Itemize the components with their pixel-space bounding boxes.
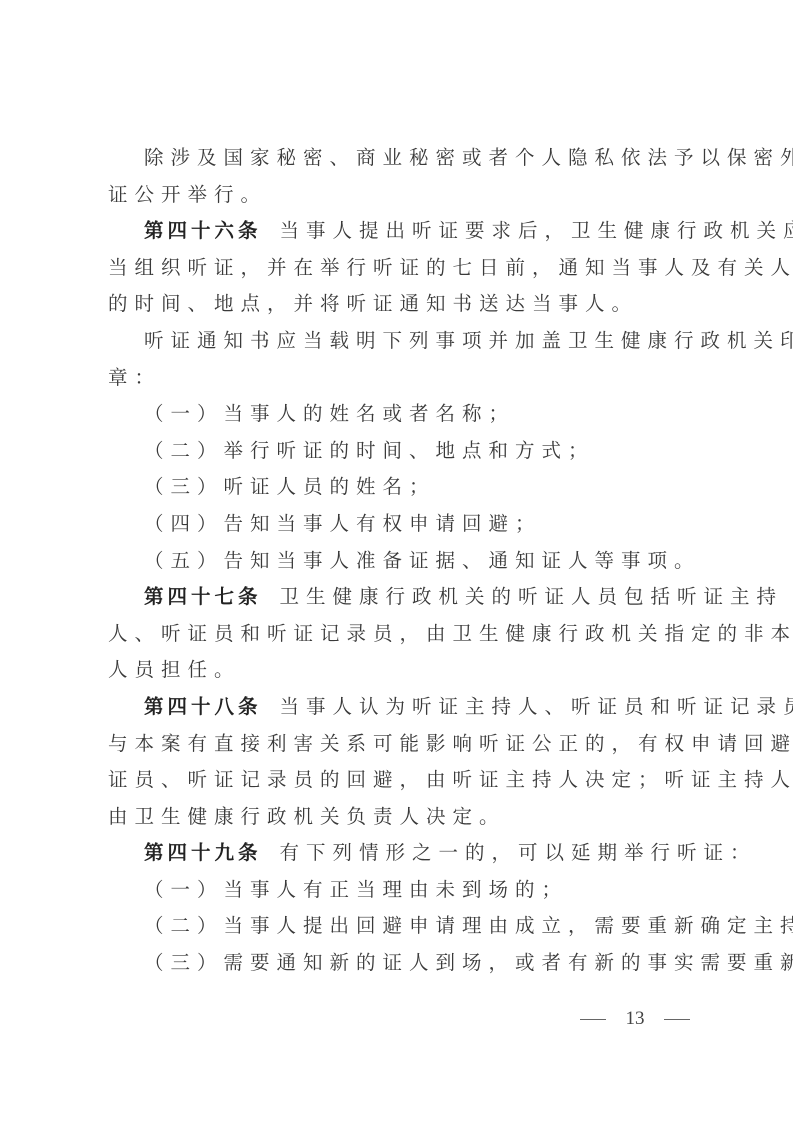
line-text: 与本案有直接利害关系可能影响听证公正的，有权申请回避。听 [108,732,793,755]
line-text: （二）当事人提出回避申请理由成立，需要重新确定主持人的； [144,914,793,937]
document-body: 除涉及国家秘密、商业秘密或者个人隐私依法予以保密外，听 证公开举行。 第四十六条… [108,140,698,982]
dash-left [580,1019,606,1020]
line-text: 证员、听证记录员的回避，由听证主持人决定；听证主持人的回避 [108,768,793,791]
list-item: （三）听证人员的姓名； [108,469,698,506]
line-text: （四）告知当事人有权申请回避； [144,512,542,535]
line-text: （一）当事人的姓名或者名称； [144,402,515,425]
line-text: （三）听证人员的姓名； [144,475,436,498]
article-47-line: 第四十七条卫生健康行政机关的听证人员包括听证主持 [108,579,698,616]
article-number: 第四十七条 [144,585,262,608]
article-number: 第四十八条 [144,695,262,718]
article-number: 第四十六条 [144,219,262,242]
paragraph-line: 与本案有直接利害关系可能影响听证公正的，有权申请回避。听 [108,726,698,763]
article-number: 第四十九条 [144,841,262,864]
line-text: （二）举行听证的时间、地点和方式； [144,439,595,462]
page-number: 13 [580,1008,690,1030]
list-item: （一）当事人的姓名或者名称； [108,396,698,433]
line-text: 当事人提出听证要求后，卫生健康行政机关应 [280,219,793,242]
line-text: 人员担任。 [108,658,241,681]
paragraph-line: 除涉及国家秘密、商业秘密或者个人隐私依法予以保密外，听 [108,140,698,177]
line-text: （三）需要通知新的证人到场，或者有新的事实需要重新调查 [144,951,793,974]
line-text: 章： [108,366,161,389]
line-text: （五）告知当事人准备证据、通知证人等事项。 [144,549,701,572]
list-item: （一）当事人有正当理由未到场的； [108,872,698,909]
list-item: （二）当事人提出回避申请理由成立，需要重新确定主持人的； [108,908,698,945]
paragraph-line: 由卫生健康行政机关负责人决定。 [108,799,698,836]
page-number-text: 13 [626,1008,645,1030]
list-item: （五）告知当事人准备证据、通知证人等事项。 [108,543,698,580]
line-text: 卫生健康行政机关的听证人员包括听证主持 [280,585,784,608]
dash-right [664,1019,690,1020]
paragraph-line: 章： [108,360,698,397]
paragraph-line: 听证通知书应当载明下列事项并加盖卫生健康行政机关印 [108,323,698,360]
paragraph-line: 当组织听证，并在举行听证的七日前，通知当事人及有关人员听证 [108,250,698,287]
paragraph-line: 人员担任。 [108,652,698,689]
paragraph-line: 的时间、地点，并将听证通知书送达当事人。 [108,286,698,323]
list-item: （四）告知当事人有权申请回避； [108,506,698,543]
line-text: 的时间、地点，并将听证通知书送达当事人。 [108,292,638,315]
list-item: （二）举行听证的时间、地点和方式； [108,433,698,470]
line-text: 由卫生健康行政机关负责人决定。 [108,805,506,828]
article-48-line: 第四十八条当事人认为听证主持人、听证员和听证记录员 [108,689,698,726]
paragraph-line: 证公开举行。 [108,177,698,214]
article-46-line: 第四十六条当事人提出听证要求后，卫生健康行政机关应 [108,213,698,250]
line-text: 听证通知书应当载明下列事项并加盖卫生健康行政机关印 [144,329,793,352]
line-text: （一）当事人有正当理由未到场的； [144,878,568,901]
document-page: 除涉及国家秘密、商业秘密或者个人隐私依法予以保密外，听 证公开举行。 第四十六条… [0,0,793,1121]
line-text: 有下列情形之一的，可以延期举行听证： [280,841,757,864]
paragraph-line: 人、听证员和听证记录员，由卫生健康行政机关指定的非本案调查 [108,616,698,653]
line-text: 证公开举行。 [108,183,267,206]
article-49-line: 第四十九条有下列情形之一的，可以延期举行听证： [108,835,698,872]
line-text: 当事人认为听证主持人、听证员和听证记录员 [280,695,793,718]
line-text: 除涉及国家秘密、商业秘密或者个人隐私依法予以保密外，听 [144,146,793,169]
list-item: （三）需要通知新的证人到场，或者有新的事实需要重新调查 [108,945,698,982]
paragraph-line: 证员、听证记录员的回避，由听证主持人决定；听证主持人的回避 [108,762,698,799]
line-text: 当组织听证，并在举行听证的七日前，通知当事人及有关人员听证 [108,256,793,279]
line-text: 人、听证员和听证记录员，由卫生健康行政机关指定的非本案调查 [108,622,793,645]
